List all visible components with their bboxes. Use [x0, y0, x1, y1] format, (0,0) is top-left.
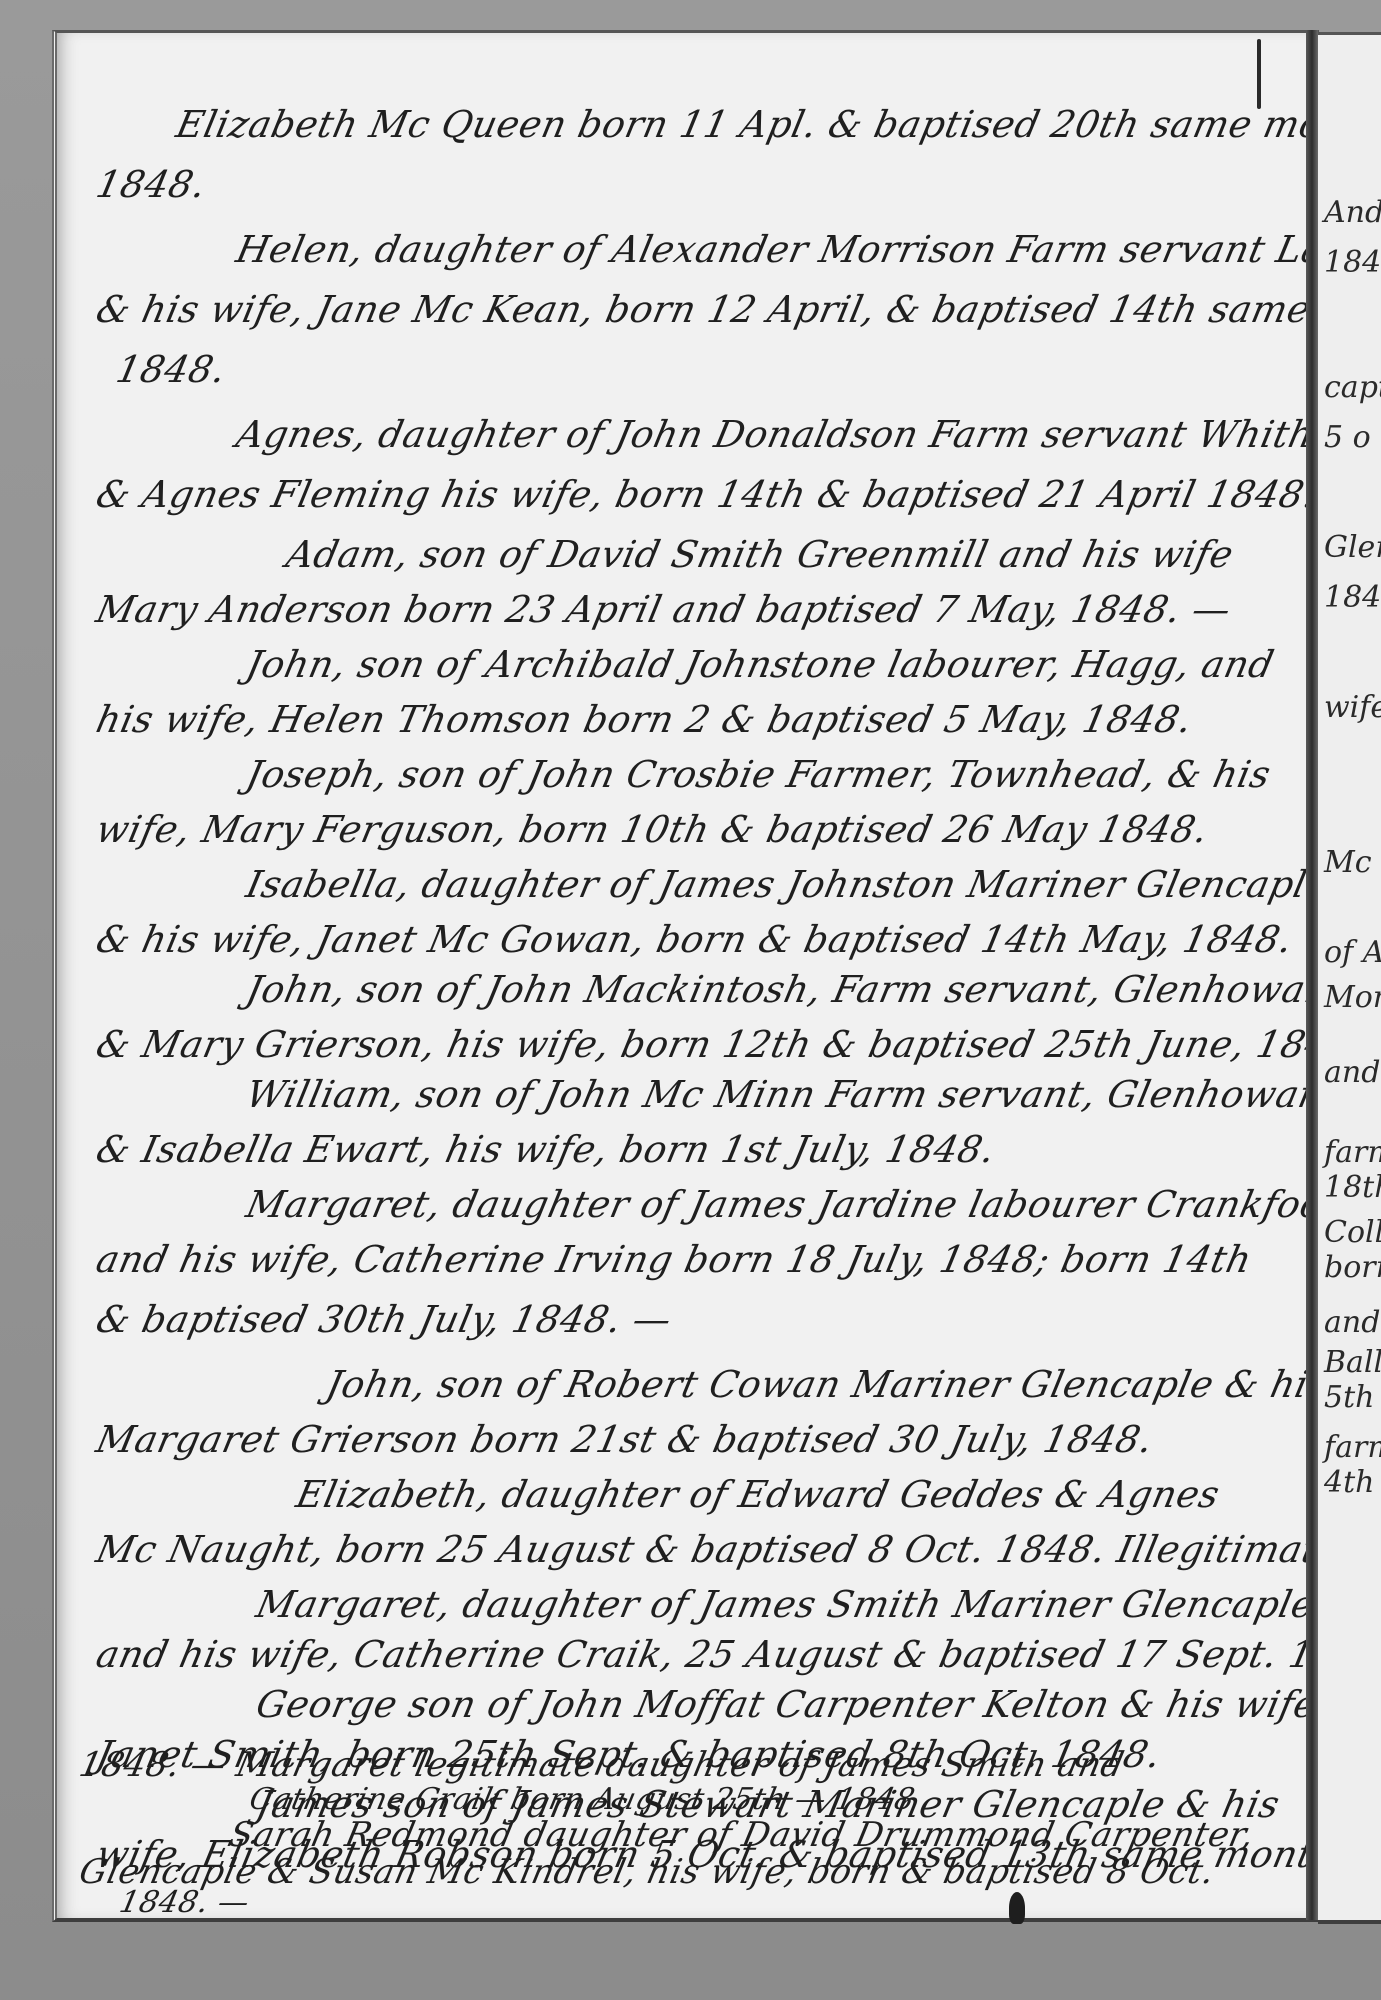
entry-line: and his wife, Catherine Irving born 18 J…: [92, 1238, 1255, 1281]
entry-line: Mary Anderson born 23 April and baptised…: [92, 588, 1234, 631]
fragment-text: And: [1324, 195, 1381, 230]
entry-line: 1848.: [112, 348, 230, 391]
entry-line: 1848. — Margaret legitimate daughter of …: [76, 1745, 1128, 1785]
fragment-text: of Ag: [1324, 935, 1381, 970]
entry-line: 1848.: [92, 163, 210, 206]
entry-line: & Mary Grierson, his wife, born 12th & b…: [92, 1023, 1370, 1066]
entry-line: Catherine Craik born August 25th — 1848: [246, 1782, 918, 1817]
fragment-text: born: [1324, 1250, 1381, 1285]
fragment-text: and: [1324, 1305, 1380, 1340]
entry-line: & his wife, Jane Mc Kean, born 12 April,…: [92, 288, 1381, 331]
entry-line: Margaret, daughter of James Smith Marine…: [252, 1583, 1331, 1626]
fragment-text: farme: [1324, 1430, 1381, 1465]
entry-line: & his wife, Janet Mc Gowan, born & bapti…: [92, 918, 1296, 961]
entry-line: Elizabeth Mc Queen born 11 Apl. & baptis…: [172, 103, 1381, 146]
entry-line: & baptised 30th July, 1848. —: [92, 1298, 675, 1341]
fragment-text: Glenca: [1324, 530, 1381, 565]
entry-line: his wife, Helen Thomson born 2 & baptise…: [92, 698, 1196, 741]
entry-line: Agnes, daughter of John Donaldson Farm s…: [232, 413, 1381, 456]
fragment-text: and: [1324, 1055, 1380, 1090]
fragment-text: Mc: [1324, 845, 1372, 880]
fragment-text: 184: [1324, 245, 1381, 280]
entry-line: wife, Mary Ferguson, born 10th & baptise…: [92, 808, 1212, 851]
fragment-text: 4th: [1324, 1465, 1374, 1500]
entry-line: & Isabella Ewart, his wife, born 1st Jul…: [92, 1128, 999, 1171]
fragment-text: 18th: [1324, 1170, 1381, 1205]
entry-line: and his wife, Catherine Craik, 25 August…: [92, 1633, 1381, 1676]
fragment-text: capt: [1324, 370, 1381, 405]
ink-blot: [1009, 1892, 1025, 1924]
ink-stroke-mark: [1257, 39, 1261, 109]
fragment-text: Ball: [1324, 1345, 1381, 1380]
entry-line: Sarah Redmond daughter of David Drummond…: [226, 1815, 1258, 1855]
entry-line: George son of John Moffat Carpenter Kelt…: [252, 1683, 1333, 1726]
fragment-text: farm: [1324, 1135, 1381, 1170]
fragment-text: wife: [1324, 690, 1381, 725]
register-page-right-edge: And 184 capt 5 o Glenca 1848 wife Mc of …: [1318, 32, 1381, 1924]
entry-line: Isabella, daughter of James Johnston Mar…: [242, 863, 1345, 906]
entry-line: Joseph, son of John Crosbie Farmer, Town…: [242, 753, 1274, 796]
entry-line: Mc Naught, born 25 August & baptised 8 O…: [92, 1528, 1344, 1571]
fragment-text: Colla: [1324, 1215, 1381, 1250]
entry-line: Helen, daughter of Alexander Morrison Fa…: [232, 228, 1381, 271]
register-page-left: Elizabeth Mc Queen born 11 Apl. & baptis…: [52, 30, 1319, 1922]
entry-line: John, son of John Mackintosh, Farm serva…: [242, 968, 1346, 1011]
fragment-text: 5th: [1324, 1380, 1374, 1415]
page-gutter: [1306, 30, 1318, 1920]
entry-line: 1848. —: [116, 1885, 252, 1920]
entry-line: Margaret, daughter of James Jardine labo…: [242, 1183, 1355, 1226]
fragment-text: Mon: [1324, 980, 1381, 1015]
entry-line: John, son of Robert Cowan Mariner Glenca…: [322, 1363, 1381, 1406]
entry-line: John, son of Archibald Johnstone laboure…: [242, 643, 1277, 686]
entry-line: William, son of John Mc Minn Farm servan…: [242, 1073, 1340, 1116]
fragment-text: 5 o: [1324, 420, 1371, 455]
entry-line: & Agnes Fleming his wife, born 14th & ba…: [92, 473, 1320, 516]
entry-line: Adam, son of David Smith Greenmill and h…: [282, 533, 1237, 576]
fragment-text: 1848: [1324, 580, 1381, 615]
entry-line: Margaret Grierson born 21st & baptised 3…: [92, 1418, 1157, 1461]
entry-line: Elizabeth, daughter of Edward Geddes & A…: [292, 1473, 1223, 1516]
